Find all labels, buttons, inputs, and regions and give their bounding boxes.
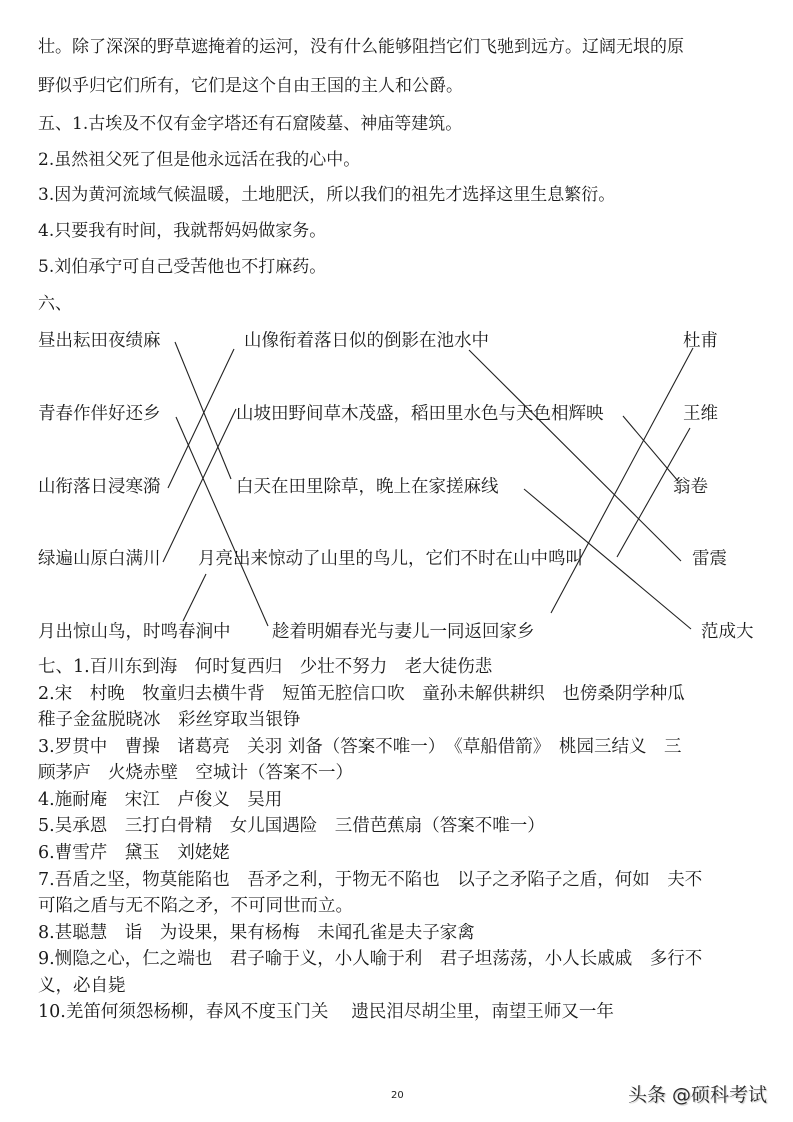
answer-line: 5.吴承恩 三打白骨精 女儿国遇险 三借芭蕉扇（答案不唯一） bbox=[38, 816, 545, 836]
answer-line: 可陷之盾与无不陷之矛，不可同世而立。 bbox=[38, 896, 353, 916]
meaning-line: 月亮出来惊动了山里的鸟儿，它们不时在山中鸣叫 bbox=[198, 549, 583, 569]
author-name: 王维 bbox=[683, 404, 718, 424]
match-line bbox=[168, 349, 234, 488]
watermark: 头条 @硕科考试 bbox=[628, 1080, 767, 1107]
answer-item: 2.虽然祖父死了但是他永远活在我的心中。 bbox=[38, 150, 360, 170]
author-name: 翁卷 bbox=[673, 477, 708, 497]
answer-item: 5.刘伯承宁可自己受苦他也不打麻药。 bbox=[38, 257, 326, 277]
match-line bbox=[551, 348, 693, 613]
answer-item: 3.因为黄河流域气候温暖，土地肥沃，所以我们的祖先才选择这里生息繁衍。 bbox=[38, 185, 615, 205]
poem-line: 山衔落日浸寒漪 bbox=[38, 477, 161, 497]
author-name: 杜甫 bbox=[683, 331, 718, 351]
answer-line: 6.曹雪芹 黛玉 刘姥姥 bbox=[38, 843, 230, 863]
paragraph-line: 壮。除了深深的野草遮掩着的运河，没有什么能够阻挡它们飞驰到远方。辽阔无垠的原 bbox=[38, 37, 684, 57]
poem-line: 青春作伴好还乡 bbox=[38, 404, 161, 424]
match-line bbox=[175, 342, 231, 479]
section-heading: 六、 bbox=[38, 294, 72, 314]
answer-line: 义，必自毙 bbox=[38, 976, 126, 996]
match-line bbox=[163, 409, 236, 562]
page-number: 20 bbox=[391, 1090, 404, 1101]
answer-line: 3.罗贯中 曹操 诸葛亮 关羽 刘备（答案不唯一） 《草船借箭》 桃园三结义 三 bbox=[38, 737, 682, 757]
poem-line: 绿遍山原白满川 bbox=[38, 549, 161, 569]
answer-line: 8.甚聪慧 诣 为设果，果有杨梅 未闻孔雀是夫子家禽 bbox=[38, 923, 475, 943]
poem-line: 昼出耘田夜绩麻 bbox=[38, 331, 161, 351]
match-line bbox=[623, 416, 678, 481]
meaning-line: 白天在田里除草，晚上在家搓麻线 bbox=[236, 477, 499, 497]
poem-line: 月出惊山鸟，时鸣春涧中 bbox=[38, 622, 231, 642]
author-name: 范成大 bbox=[701, 622, 754, 642]
answer-item: 五、1.古埃及不仅有金字塔还有石窟陵墓、神庙等建筑。 bbox=[38, 114, 462, 134]
answer-line: 4.施耐庵 宋江 卢俊义 吴用 bbox=[38, 790, 282, 810]
meaning-line: 趁着明媚春光与妻儿一同返回家乡 bbox=[272, 622, 535, 642]
meaning-line: 山像衔着落日似的倒影在池水中 bbox=[244, 331, 489, 351]
match-line bbox=[176, 417, 268, 626]
meaning-line: 山坡田野间草木茂盛，稻田里水色与天色相辉映 bbox=[236, 404, 604, 424]
match-line bbox=[469, 350, 681, 561]
answer-line: 稚子金盆脱晓冰 彩丝穿取当银铮 bbox=[38, 710, 301, 730]
answer-line: 2.宋 村晚 牧童归去横牛背 短笛无腔信口吹 童孙未解供耕织 也傍桑阴学种瓜 bbox=[38, 684, 685, 704]
answer-line: 7.吾盾之坚，物莫能陷也 吾矛之利，于物无不陷也 以子之矛陷子之盾，何如 夫不 bbox=[38, 870, 702, 890]
author-name: 雷震 bbox=[692, 549, 727, 569]
answer-line: 七、1.百川东到海 何时复西归 少壮不努力 老大徒伤悲 bbox=[38, 657, 492, 677]
answer-line: 9.恻隐之心，仁之端也 君子喻于义，小人喻于利 君子坦荡荡，小人长戚戚 多行不 bbox=[38, 949, 702, 969]
match-line bbox=[183, 574, 206, 621]
answer-line: 顾茅庐 火烧赤壁 空城计（答案不一） bbox=[38, 763, 353, 783]
paragraph-line: 野似乎归它们所有，它们是这个自由王国的主人和公爵。 bbox=[38, 76, 463, 96]
answer-item: 4.只要我有时间，我就帮妈妈做家务。 bbox=[38, 221, 326, 241]
answer-line: 10.羌笛何须怨杨柳，春风不度玉门关 遗民泪尽胡尘里，南望王师又一年 bbox=[38, 1002, 614, 1022]
